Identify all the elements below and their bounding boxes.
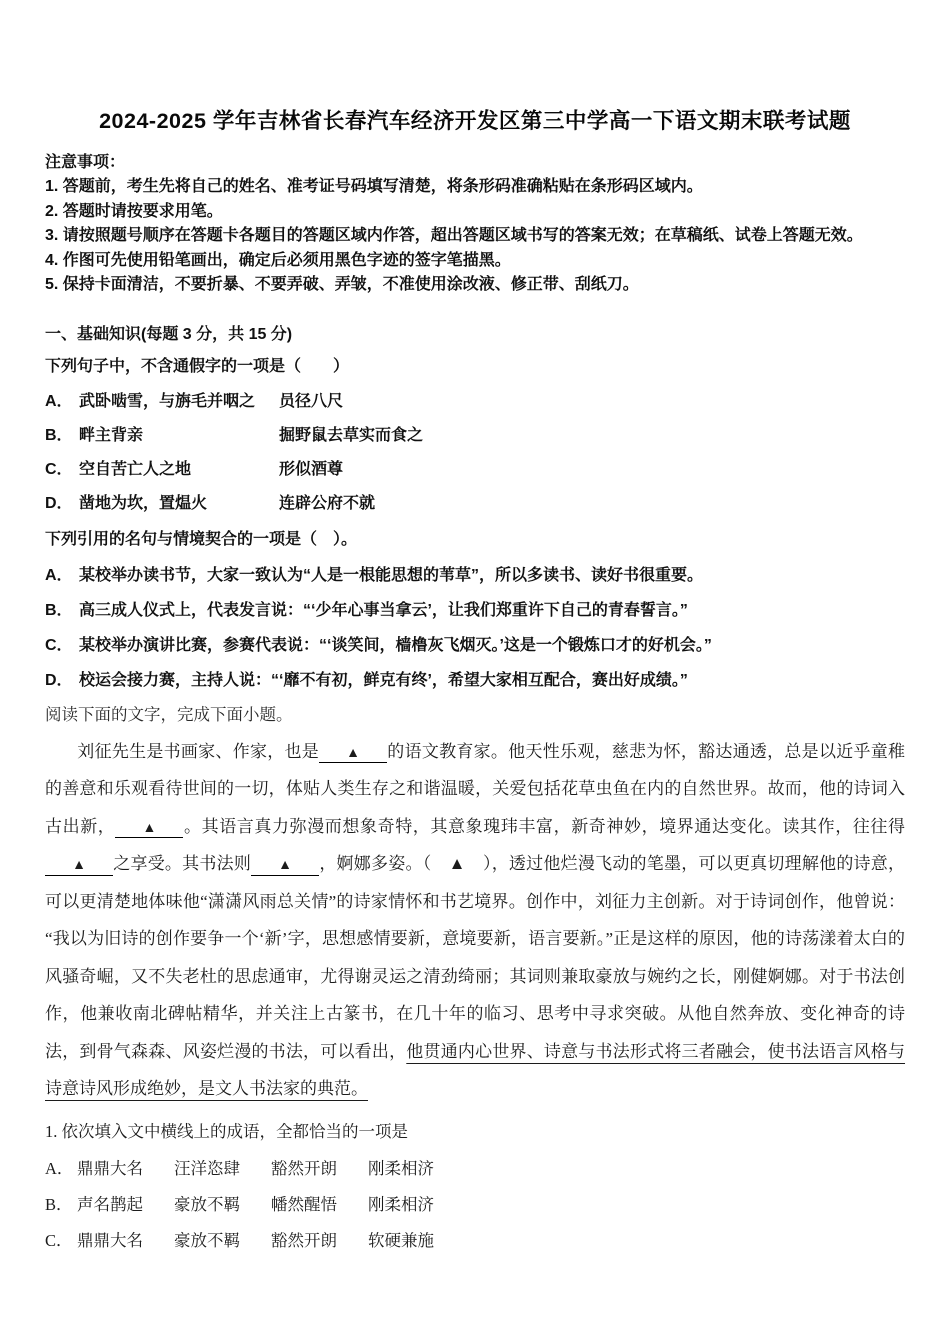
option-row: B．声名鹊起豪放不羁幡然醒悟刚柔相济 bbox=[45, 1194, 905, 1215]
option-label: A． bbox=[45, 565, 79, 586]
notice-list: 1. 答题前，考生先将自己的姓名、准考证号码填写清楚，将条形码准确粘贴在条形码区… bbox=[45, 175, 905, 298]
option-label: C． bbox=[45, 459, 79, 480]
passage-text: ，透过他烂漫飞动的笔墨，可以更真切理解他的诗意，可以更清楚地体味他“潇潇风雨总关… bbox=[45, 854, 905, 1061]
fill-in-blank: ▲ bbox=[319, 747, 387, 764]
option-label: A． bbox=[45, 1158, 77, 1179]
option-label: B． bbox=[45, 600, 79, 621]
section-heading: 一、基础知识(每题 3 分，共 15 分) bbox=[45, 324, 905, 346]
option-label: C． bbox=[45, 1230, 77, 1251]
option-label: A． bbox=[45, 391, 79, 412]
option-label: B． bbox=[45, 425, 79, 446]
option-text: 校运会接力赛，主持人说：“‘靡不有初，鲜克有终’，希望大家相互配合，赛出好成绩。… bbox=[79, 672, 688, 689]
question-stem-tongjiazi: 下列句子中，不含通假字的一项是（ ） bbox=[45, 356, 905, 378]
option-label: D． bbox=[45, 670, 79, 691]
option-text: 某校举办演讲比赛，参赛代表说：“‘谈笑间，樯橹灰飞烟灭。’这是一个锻炼口才的好机… bbox=[79, 637, 712, 654]
notice-item: 4. 作图可先使用铅笔画出，确定后必须用黑色字迹的签字笔描黑。 bbox=[45, 249, 905, 274]
option-idiom: 豁然开朗 bbox=[271, 1230, 337, 1251]
option-idiom: 刚柔相济 bbox=[368, 1194, 434, 1215]
option-row: C．某校举办演讲比赛，参赛代表说：“‘谈笑间，樯橹灰飞烟灭。’这是一个锻炼口才的… bbox=[45, 635, 905, 656]
option-label: D． bbox=[45, 493, 79, 514]
option-idiom: 鼎鼎大名 bbox=[77, 1158, 143, 1179]
passage-text: 之享受。其书法则 bbox=[113, 854, 251, 873]
exam-title: 2024-2025 学年吉林省长春汽车经济开发区第三中学高一下语文期末联考试题 bbox=[45, 104, 905, 135]
passage-text: 。其语言真力弥漫而想象奇特，其意象瑰玮丰富，新奇神妙，境界通达变化。读其作，往往… bbox=[183, 817, 905, 836]
option-row: C．鼎鼎大名豪放不羁豁然开朗软硬兼施 bbox=[45, 1230, 905, 1251]
option-phrase-1: 凿地为坎，置煴火 bbox=[79, 493, 279, 514]
option-row: D．校运会接力赛，主持人说：“‘靡不有初，鲜克有终’，希望大家相互配合，赛出好成… bbox=[45, 670, 905, 691]
option-phrase-2: 员径八尺 bbox=[279, 393, 343, 410]
fill-in-blank: ▲ bbox=[115, 822, 183, 839]
option-label: B． bbox=[45, 1194, 77, 1215]
option-row: A．鼎鼎大名汪洋恣肆豁然开朗刚柔相济 bbox=[45, 1158, 905, 1179]
option-row: A．武卧啮雪，与旃毛并咽之员径八尺 bbox=[45, 391, 905, 412]
option-phrase-1: 武卧啮雪，与旃毛并咽之 bbox=[79, 391, 279, 412]
option-idiom: 幡然醒悟 bbox=[271, 1194, 337, 1215]
notice-item: 2. 答题时请按要求用笔。 bbox=[45, 200, 905, 225]
passage-text: 刘征先生是书画家、作家，也是 bbox=[77, 742, 319, 761]
reading-passage: 刘征先生是书画家、作家，也是▲的语文教育家。他天性乐观，慈悲为怀，豁达通透，总是… bbox=[45, 733, 905, 1108]
option-idiom: 汪洋恣肆 bbox=[174, 1158, 240, 1179]
passage-text: ，婀娜多姿。 bbox=[319, 854, 423, 873]
option-idiom: 鼎鼎大名 bbox=[77, 1230, 143, 1251]
option-idiom: 软硬兼施 bbox=[368, 1230, 434, 1251]
bracket-blank: （ ▲ ） bbox=[423, 854, 492, 873]
notice-item: 3. 请按照题号顺序在答题卡各题目的答题区域内作答，超出答题区域书写的答案无效；… bbox=[45, 224, 905, 249]
question1-options: A．鼎鼎大名汪洋恣肆豁然开朗刚柔相济B．声名鹊起豪放不羁幡然醒悟刚柔相济C．鼎鼎… bbox=[45, 1158, 905, 1251]
fill-in-blank: ▲ bbox=[251, 859, 319, 876]
notice-heading: 注意事项： bbox=[45, 151, 905, 175]
question-stem-mingju: 下列引用的名句与情境契合的一项是（ ）。 bbox=[45, 529, 905, 551]
option-idiom: 豁然开朗 bbox=[271, 1158, 337, 1179]
option-row: B．畔主背亲掘野鼠去草实而食之 bbox=[45, 425, 905, 446]
notice-item: 5. 保持卡面清洁，不要折暴、不要弄破、弄皱，不准使用涂改液、修正带、刮纸刀。 bbox=[45, 273, 905, 298]
option-text: 某校举办读书节，大家一致认为“人是一根能思想的苇草”，所以多读书、读好书很重要。 bbox=[79, 567, 703, 584]
notice-item: 1. 答题前，考生先将自己的姓名、准考证号码填写清楚，将条形码准确粘贴在条形码区… bbox=[45, 175, 905, 200]
exam-page: 2024-2025 学年吉林省长春汽车经济开发区第三中学高一下语文期末联考试题 … bbox=[0, 0, 950, 1344]
option-idiom: 刚柔相济 bbox=[368, 1158, 434, 1179]
option-phrase-2: 形似酒尊 bbox=[279, 461, 343, 478]
option-phrase-2: 连辟公府不就 bbox=[279, 495, 375, 512]
option-phrase-1: 畔主背亲 bbox=[79, 425, 279, 446]
reading-intro: 阅读下面的文字，完成下面小题。 bbox=[45, 704, 905, 726]
fill-in-blank: ▲ bbox=[45, 859, 113, 876]
option-row: D．凿地为坎，置煴火连辟公府不就 bbox=[45, 493, 905, 514]
option-row: C．空自苦亡人之地形似酒尊 bbox=[45, 459, 905, 480]
option-idiom: 豪放不羁 bbox=[174, 1194, 240, 1215]
option-phrase-1: 空自苦亡人之地 bbox=[79, 459, 279, 480]
option-label: C． bbox=[45, 635, 79, 656]
option-idiom: 声名鹊起 bbox=[77, 1194, 143, 1215]
option-phrase-2: 掘野鼠去草实而食之 bbox=[279, 427, 423, 444]
mingju-options: A．某校举办读书节，大家一致认为“人是一根能思想的苇草”，所以多读书、读好书很重… bbox=[45, 565, 905, 691]
option-row: A．某校举办读书节，大家一致认为“人是一根能思想的苇草”，所以多读书、读好书很重… bbox=[45, 565, 905, 586]
option-text: 高三成人仪式上，代表发言说：“‘少年心事当拿云’，让我们郑重许下自己的青春誓言。… bbox=[79, 602, 688, 619]
notice-section: 注意事项： 1. 答题前，考生先将自己的姓名、准考证号码填写清楚，将条形码准确粘… bbox=[45, 151, 905, 298]
option-idiom: 豪放不羁 bbox=[174, 1230, 240, 1251]
option-row: B．高三成人仪式上，代表发言说：“‘少年心事当拿云’，让我们郑重许下自己的青春誓… bbox=[45, 600, 905, 621]
tongjiazi-options: A．武卧啮雪，与旃毛并咽之员径八尺B．畔主背亲掘野鼠去草实而食之C．空自苦亡人之… bbox=[45, 391, 905, 514]
question1-stem: 1. 依次填入文中横线上的成语，全都恰当的一项是 bbox=[45, 1121, 905, 1143]
